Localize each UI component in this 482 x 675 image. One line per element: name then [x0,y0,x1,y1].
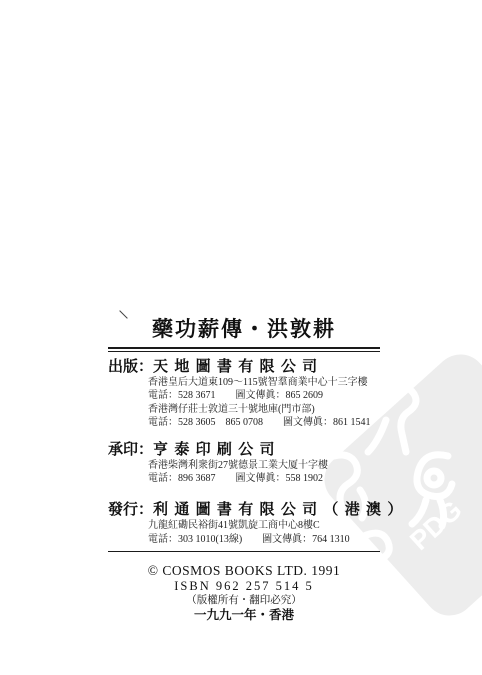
rights-line: （版權所有・翻印必究） [108,594,380,607]
copyright-line: © COSMOS BOOKS LTD. 1991 [108,563,380,578]
colophon-column: 藥功薪傳・洪敦耕 出版： 天地圖書有限公司 香港皇后大道東109～115號智羣商… [108,316,380,622]
distributor-section: 發行： 利通圖書有限公司（港澳） 九龍紅磡民裕街41號凱旋工商中心8樓C 電話：… [108,501,380,546]
distributor-name: 利通圖書有限公司（港澳） [153,501,409,519]
distributor-phone: 電話：303 1010(13線) 圖文傳眞：764 1310 [148,533,380,546]
book-title: 藥功薪傳・洪敦耕 [108,316,380,342]
publisher-label: 出版： [108,358,153,376]
isbn-line: ISBN 962 257 514 5 [108,579,380,593]
printer-address: 香港柴灣利衆街27號德景工業大厦十字樓 [148,459,380,472]
publisher-phone-2: 電話：528 3605 865 0708 圖文傳眞：861 1541 [148,416,380,429]
title-double-rule [108,347,380,352]
pdg-watermark-text: PDG [404,495,468,556]
publisher-phone-1: 電話：528 3671 圖文傳眞：865 2609 [148,389,380,402]
publisher-name: 天地圖書有限公司 [153,358,323,376]
scanned-book-page: PDG 藥功薪傳・洪敦耕 出版： 天地圖書有限公司 香港皇后大道東109～115… [0,0,482,675]
printer-name: 亨泰印刷公司 [153,441,281,459]
publisher-section: 出版： 天地圖書有限公司 香港皇后大道東109～115號智羣商業中心十三字樓 電… [108,358,380,430]
distributor-label: 發行： [108,501,153,519]
copyright-block: © COSMOS BOOKS LTD. 1991 ISBN 962 257 51… [108,563,380,622]
bottom-rule [108,551,380,552]
printer-phone: 電話：896 3687 圖文傳眞：558 1902 [148,472,380,485]
publisher-address-2: 香港灣仔莊士敦道三十號地庫(門市部) [148,403,380,416]
printer-label: 承印： [108,441,153,459]
year-place-line: 一九九一年・香港 [108,608,380,622]
distributor-address: 九龍紅磡民裕街41號凱旋工商中心8樓C [148,519,380,532]
printer-section: 承印： 亨泰印刷公司 香港柴灣利衆街27號德景工業大厦十字樓 電話：896 36… [108,441,380,486]
publisher-address-1: 香港皇后大道東109～115號智羣商業中心十三字樓 [148,376,380,389]
